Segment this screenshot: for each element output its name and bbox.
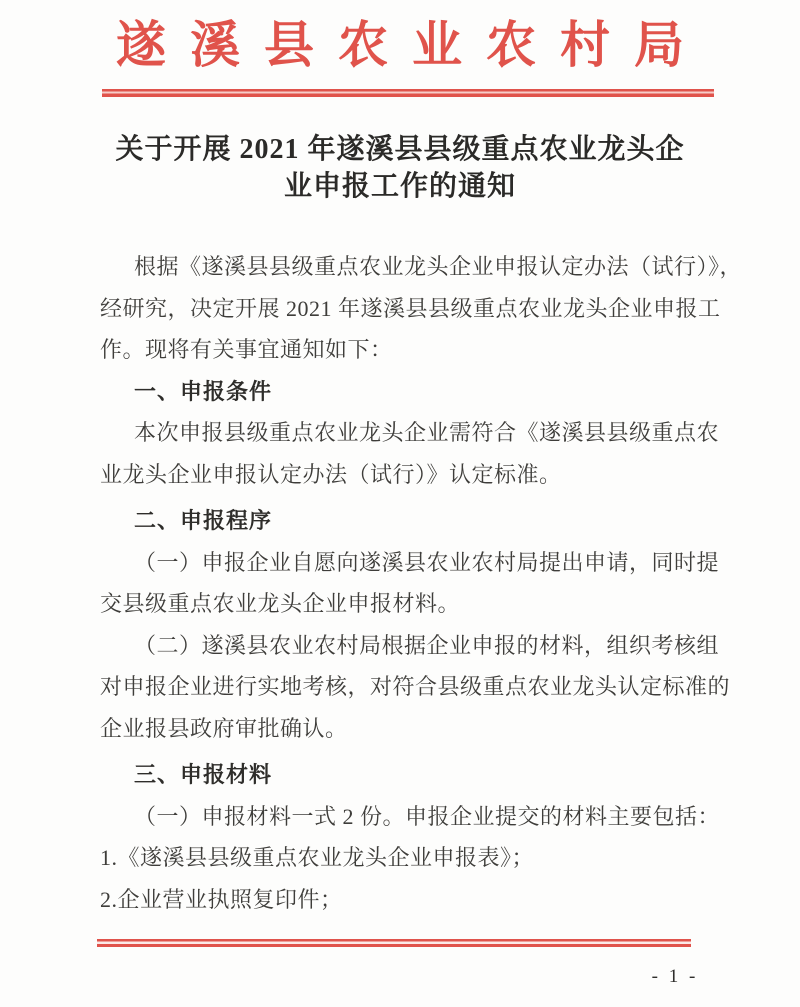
document-title-line: 业申报工作的通知: [88, 168, 712, 205]
body-line: 根据《遂溪县县级重点农业龙头企业申报认定办法（试行）》，: [100, 246, 716, 288]
body-line: （一）申报材料一式 2 份。申报企业提交的材料主要包括：: [100, 796, 716, 838]
body-line: （一）申报企业自愿向遂溪县农业农村局提出申请，同时提: [100, 542, 716, 584]
document-title: 关于开展 2021 年遂溪县县级重点农业龙头企 业申报工作的通知: [88, 131, 712, 205]
footer-double-rule: [97, 939, 691, 947]
body-line: （二）遂溪县农业农村局根据企业申报的材料，组织考核组: [100, 625, 716, 667]
page-number: - 1 -: [630, 966, 720, 988]
body-line: 经研究，决定开展 2021 年遂溪县县级重点农业龙头企业申报工: [100, 288, 716, 330]
scanned-document-page: 遂溪县农业农村局 关于开展 2021 年遂溪县县级重点农业龙头企 业申报工作的通…: [0, 0, 800, 1007]
section-heading: 一、申报条件: [100, 371, 716, 413]
body-line: 2.企业营业执照复印件；: [100, 879, 716, 921]
body-line: 1.《遂溪县县级重点农业龙头企业申报表》；: [100, 837, 716, 879]
body-line: 企业报县政府审批确认。: [100, 708, 716, 750]
letterhead-double-rule: [102, 89, 714, 97]
body-line: 业龙头企业申报认定办法（试行）》认定标准。: [100, 454, 716, 496]
document-body: 根据《遂溪县县级重点农业龙头企业申报认定办法（试行）》， 经研究，决定开展 20…: [100, 246, 716, 920]
document-title-line: 关于开展 2021 年遂溪县县级重点农业龙头企: [88, 131, 712, 168]
body-line: 交县级重点农业龙头企业申报材料。: [100, 583, 716, 625]
body-line: 本次申报县级重点农业龙头企业需符合《遂溪县县级重点农: [100, 412, 716, 454]
body-line: 作。现将有关事宜通知如下：: [100, 329, 716, 371]
section-heading: 三、申报材料: [100, 754, 716, 796]
section-heading: 二、申报程序: [100, 500, 716, 542]
body-line: 对申报企业进行实地考核，对符合县级重点农业龙头认定标准的: [100, 666, 716, 708]
letterhead-agency-name: 遂溪县农业农村局: [0, 14, 800, 76]
